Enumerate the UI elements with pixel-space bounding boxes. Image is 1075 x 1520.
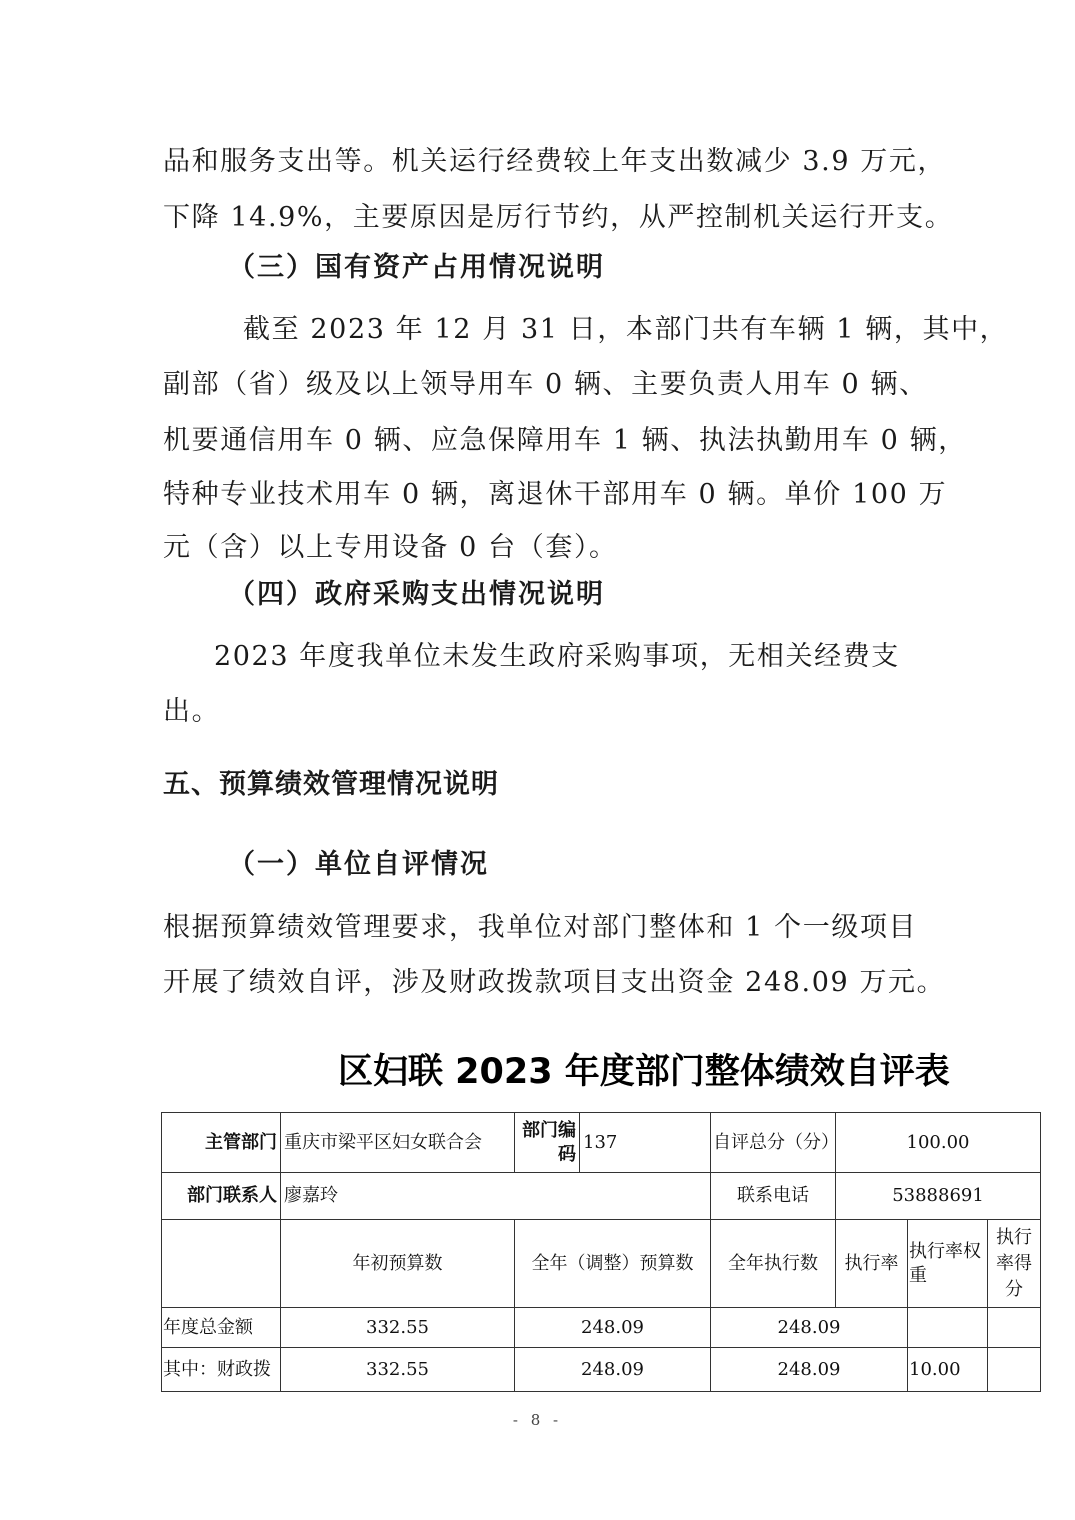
header-blank	[162, 1220, 281, 1308]
paragraph-line: 机要通信用车 0 辆、应急保障用车 1 辆、执法执勤用车 0 辆，	[163, 423, 923, 459]
subheading-self-evaluation: （一）单位自评情况	[228, 847, 489, 883]
performance-evaluation-table: 主管部门 重庆市梁平区妇女联合会 部门编码 137 自评总分（分） 100.00…	[161, 1112, 1041, 1392]
subheading-procurement: （四）政府采购支出情况说明	[228, 577, 605, 613]
execution-cell: 248.09	[711, 1308, 908, 1348]
table-row: 其中：财政拨 332.55 248.09 248.09 10.00	[162, 1348, 1041, 1392]
adjusted-budget-cell: 248.09	[515, 1348, 711, 1392]
paragraph-line: 开展了绩效自评，涉及财政拨款项目支出资金 248.09 万元。	[163, 965, 923, 1001]
row-label: 年度总金额	[162, 1308, 281, 1348]
subheading-state-assets: （三）国有资产占用情况说明	[228, 250, 605, 286]
paragraph-line: 2023 年度我单位未发生政府采购事项，无相关经费支	[214, 639, 923, 675]
contact-value: 廖嘉玲	[281, 1173, 711, 1220]
rate-weight-cell: 10.00	[908, 1348, 988, 1392]
table-row: 主管部门 重庆市梁平区妇女联合会 部门编码 137 自评总分（分） 100.00	[162, 1113, 1041, 1173]
table-title: 区妇联 2023 年度部门整体绩效自评表	[338, 1050, 950, 1094]
header-annual-execution: 全年执行数	[711, 1220, 836, 1308]
phone-label: 联系电话	[711, 1173, 836, 1220]
paragraph-line: 品和服务支出等。机关运行经费较上年支出数减少 3.9 万元，	[163, 144, 923, 180]
rate-score-cell	[988, 1308, 1041, 1348]
header-execution-rate: 执行率	[836, 1220, 908, 1308]
header-initial-budget: 年初预算数	[281, 1220, 515, 1308]
table-header-row: 年初预算数 全年（调整）预算数 全年执行数 执行率 执行率权重 执行率得分	[162, 1220, 1041, 1308]
page-number: - 8 -	[0, 1411, 1075, 1429]
score-label: 自评总分（分）	[711, 1113, 836, 1173]
dept-label: 主管部门	[162, 1113, 281, 1173]
paragraph-line: 根据预算绩效管理要求，我单位对部门整体和 1 个一级项目	[163, 910, 923, 946]
rate-weight-cell	[908, 1308, 988, 1348]
dept-value: 重庆市梁平区妇女联合会	[281, 1113, 515, 1173]
phone-value: 53888691	[836, 1173, 1041, 1220]
header-rate-score: 执行率得分	[988, 1220, 1041, 1308]
section-heading-budget-performance: 五、预算绩效管理情况说明	[163, 767, 499, 803]
score-value: 100.00	[836, 1113, 1041, 1173]
rate-score-cell	[988, 1348, 1041, 1392]
header-adjusted-budget: 全年（调整）预算数	[515, 1220, 711, 1308]
paragraph-line: 下降 14.9%，主要原因是厉行节约，从严控制机关运行开支。	[163, 200, 923, 236]
code-label: 部门编码	[515, 1113, 580, 1173]
table-row: 年度总金额 332.55 248.09 248.09	[162, 1308, 1041, 1348]
adjusted-budget-cell: 248.09	[515, 1308, 711, 1348]
header-rate-weight: 执行率权重	[908, 1220, 988, 1308]
table-row: 部门联系人 廖嘉玲 联系电话 53888691	[162, 1173, 1041, 1220]
paragraph-line: 副部（省）级及以上领导用车 0 辆、主要负责人用车 0 辆、	[163, 367, 923, 403]
paragraph-line: 截至 2023 年 12 月 31 日，本部门共有车辆 1 辆，其中，	[243, 312, 923, 348]
code-value: 137	[580, 1113, 711, 1173]
paragraph-line: 元（含）以上专用设备 0 台（套）。	[163, 530, 923, 566]
initial-budget-cell: 332.55	[281, 1348, 515, 1392]
initial-budget-cell: 332.55	[281, 1308, 515, 1348]
paragraph-line: 特种专业技术用车 0 辆，离退休干部用车 0 辆。单价 100 万	[163, 477, 923, 513]
contact-label: 部门联系人	[162, 1173, 281, 1220]
paragraph-line: 出。	[163, 694, 923, 730]
document-page: 品和服务支出等。机关运行经费较上年支出数减少 3.9 万元， 下降 14.9%，…	[0, 0, 1075, 1520]
execution-cell: 248.09	[711, 1348, 908, 1392]
row-label: 其中：财政拨	[162, 1348, 281, 1392]
